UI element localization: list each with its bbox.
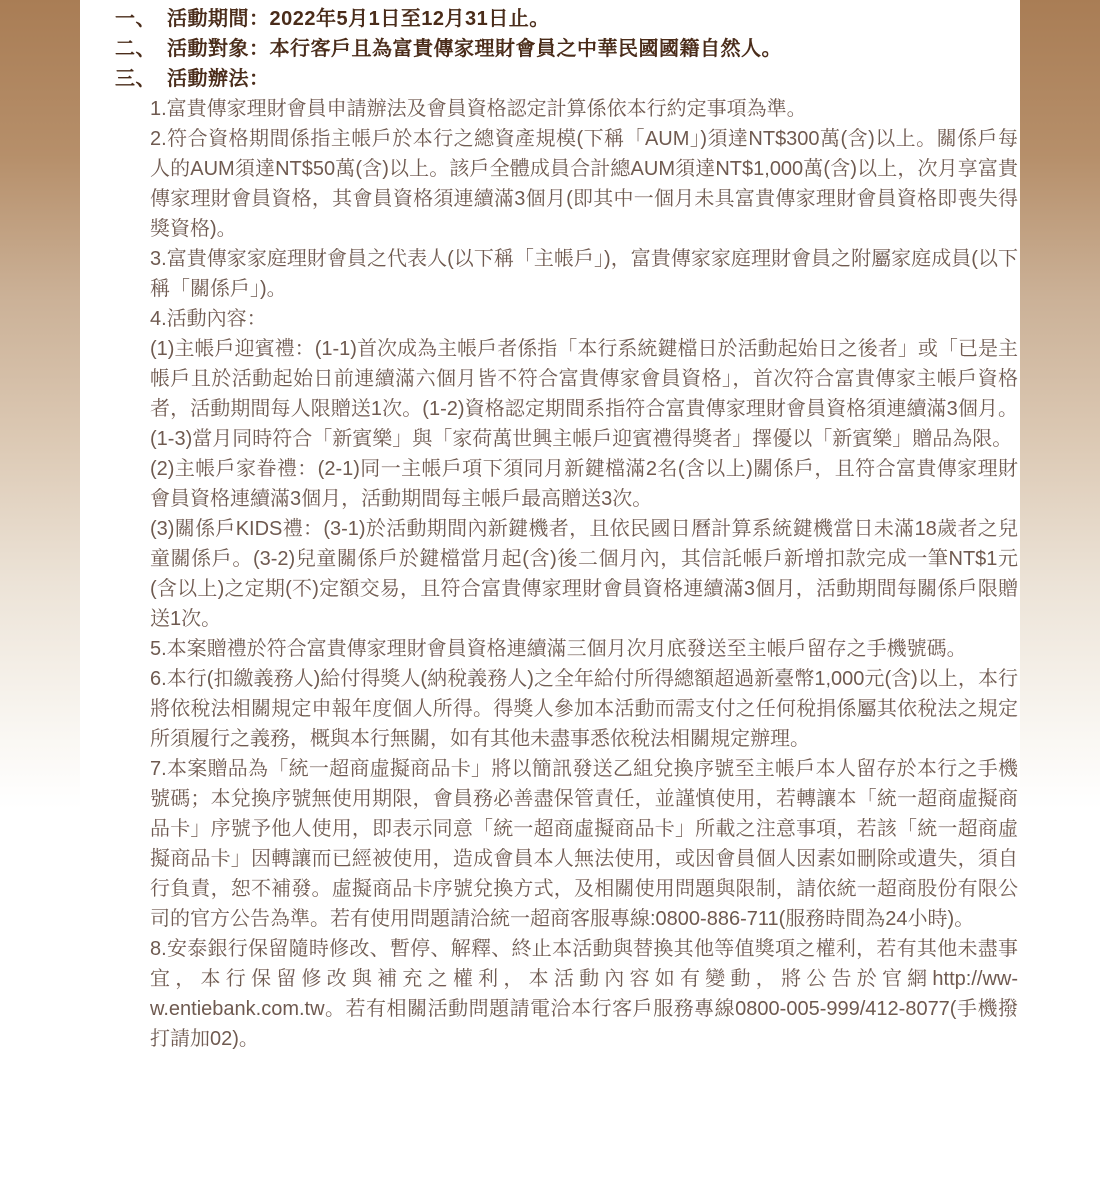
heading-marker: 二、 <box>115 34 156 64</box>
terms-item-1: 1.富貴傳家理財會員申請辦法及會員資格認定計算係依本行約定事項為準。 <box>150 94 1018 124</box>
terms-item-3: 3.富貴傳家家庭理財會員之代表人(以下稱「主帳戶」)，富貴傳家家庭理財會員之附屬… <box>150 244 1018 304</box>
terms-item-7: 7.本案贈品為「統一超商虛擬商品卡」將以簡訊發送乙組兌換序號至主帳戶本人留存於本… <box>150 754 1018 934</box>
terms-item-2: 2.符合資格期間係指主帳戶於本行之總資產規模(下稱「AUM」)須達NT$300萬… <box>150 124 1018 244</box>
terms-item-4-sub-2: (2)主帳戶家眷禮：(2-1)同一主帳戶項下須同月新鍵檔滿2名(含以上)關係戶，… <box>150 454 1018 514</box>
heading-text: 活動期間：2022年5月1日至12月31日止。 <box>167 4 550 34</box>
terms-item-8: 8.安泰銀行保留隨時修改、暫停、解釋、終止本活動與替換其他等值獎項之權利，若有其… <box>150 934 1018 1054</box>
terms-item-4: 4.活動內容： <box>150 304 1018 334</box>
heading-activity-target: 二、 活動對象：本行客戶且為富貴傳家理財會員之中華民國國籍自然人。 <box>115 34 1020 64</box>
terms-item-6: 6.本行(扣繳義務人)給付得獎人(納稅義務人)之全年給付所得總額超過新臺幣1,0… <box>150 664 1018 754</box>
heading-text: 活動對象：本行客戶且為富貴傳家理財會員之中華民國國籍自然人。 <box>167 34 782 64</box>
terms-item-list: 1.富貴傳家理財會員申請辦法及會員資格認定計算係依本行約定事項為準。 2.符合資… <box>150 94 1018 1054</box>
terms-item-4-sub-3: (3)關係戶KIDS禮：(3-1)於活動期間內新鍵機者，且依民國日曆計算系統鍵機… <box>150 514 1018 634</box>
heading-marker: 三、 <box>115 64 156 94</box>
heading-activity-period: 一、 活動期間：2022年5月1日至12月31日止。 <box>115 4 1020 34</box>
right-gradient-band <box>1020 0 1100 1190</box>
heading-text: 活動辦法： <box>167 64 270 94</box>
left-gradient-band <box>0 0 80 1190</box>
heading-marker: 一、 <box>115 4 156 34</box>
terms-content: 一、 活動期間：2022年5月1日至12月31日止。 二、 活動對象：本行客戶且… <box>115 4 1020 1054</box>
terms-item-4-sub-1: (1)主帳戶迎賓禮：(1-1)首次成為主帳戶者係指「本行系統鍵檔日於活動起始日之… <box>150 334 1018 454</box>
heading-activity-method: 三、 活動辦法： <box>115 64 1020 94</box>
terms-item-5: 5.本案贈禮於符合富貴傳家理財會員資格連續滿三個月次月底發送至主帳戶留存之手機號… <box>150 634 1018 664</box>
